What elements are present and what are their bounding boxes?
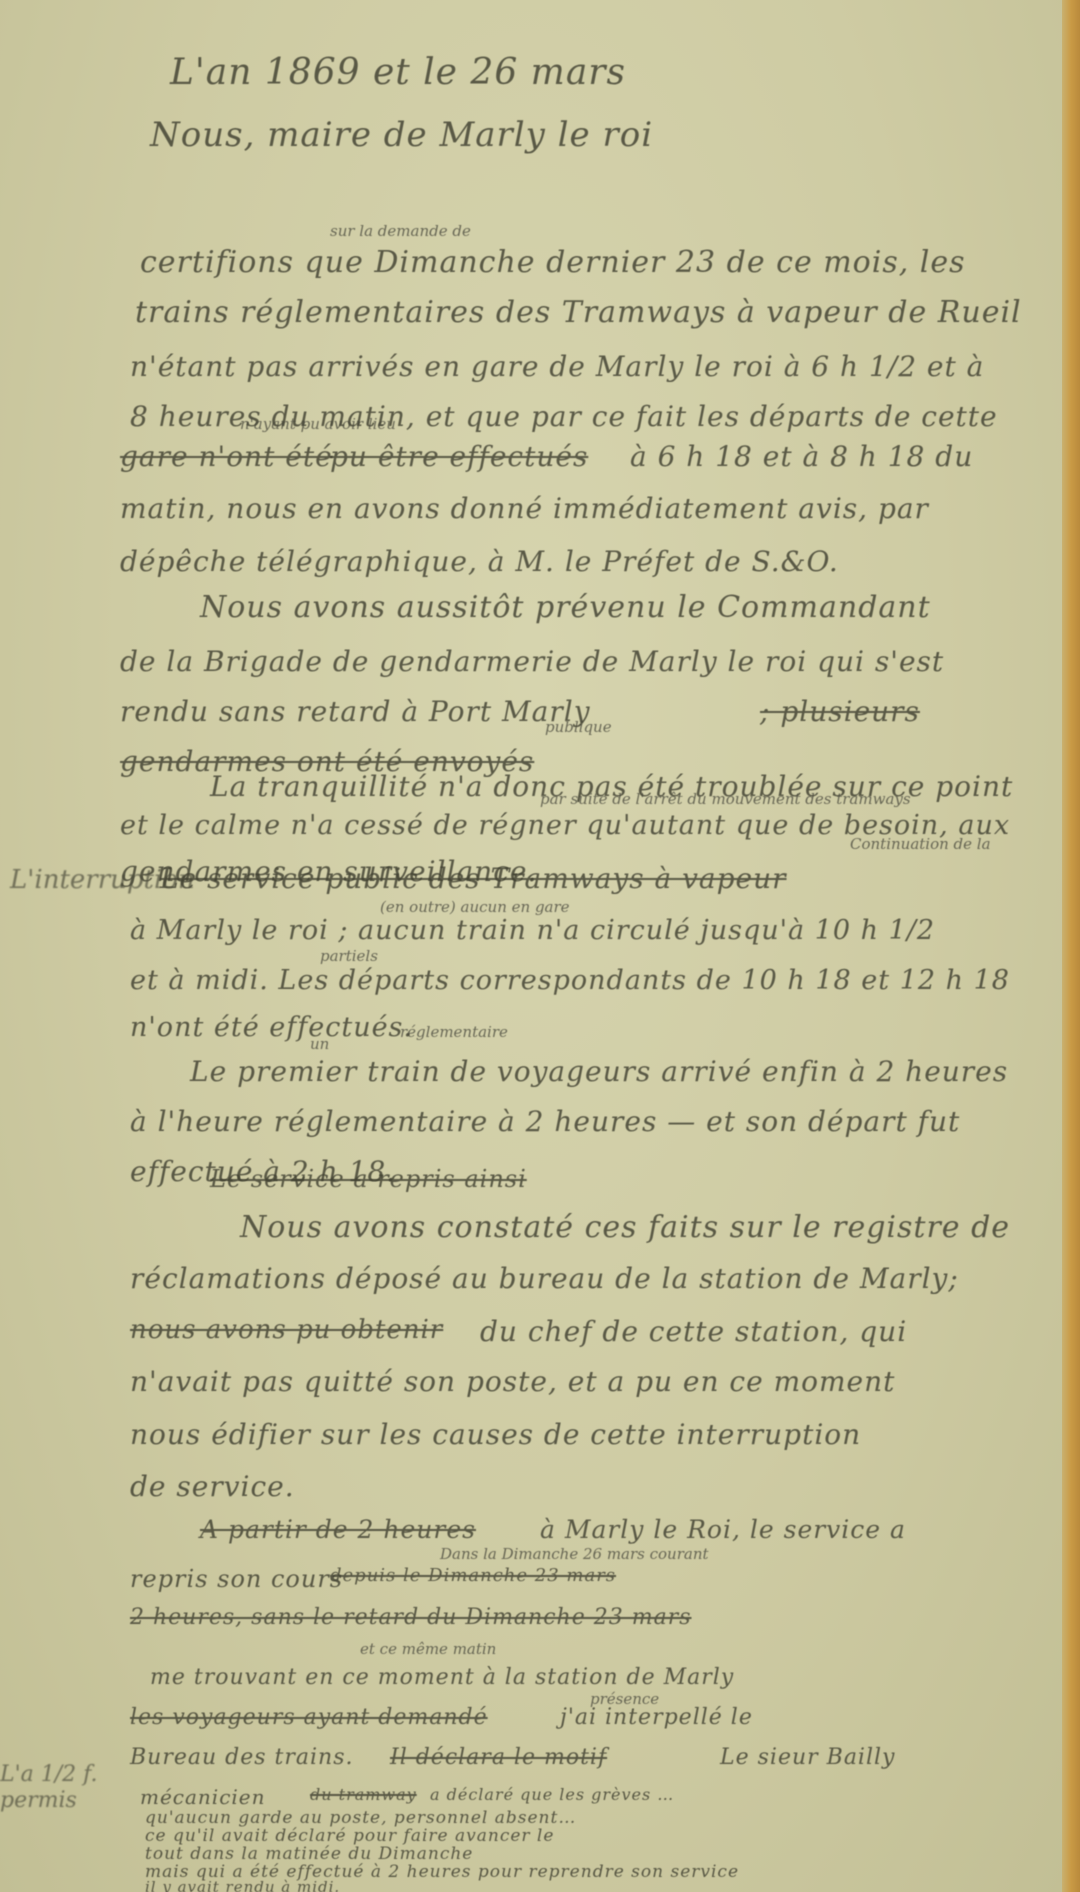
page-edge (1062, 0, 1080, 1892)
text-line: mécanicien (140, 1785, 266, 1809)
text-line: Nous avons aussitôt prévenu le Commandan… (200, 590, 931, 625)
text-line: Nous avons constaté ces faits sur le reg… (240, 1210, 1010, 1245)
text-line: Bureau des trains. (130, 1745, 354, 1770)
text-line: et à midi. Les départs correspondants de… (130, 965, 1010, 996)
text-line: n'ont été effectués. (130, 1012, 413, 1043)
text-line: ce qu'il avait déclaré pour faire avance… (145, 1826, 554, 1846)
insertion: n'ayant pu avoir lieu (240, 415, 396, 433)
text-line: n'avait pas quitté son poste, et a pu en… (130, 1365, 895, 1398)
deleted-text: nous avons pu obtenir (130, 1315, 443, 1345)
margin-note-line1: L'a 1/2 f. (0, 1762, 98, 1787)
insertion: publique (545, 718, 612, 736)
text-line: matin, nous en avons donné immédiatement… (120, 492, 929, 525)
text-line: repris son cours (130, 1565, 343, 1593)
insertion: (en outre) aucun en gare (380, 898, 570, 916)
text-line: certifions que Dimanche dernier 23 de ce… (140, 245, 966, 280)
manuscript-page: L'an 1869 et le 26 mars Nous, maire de M… (0, 0, 1062, 1892)
text-line: qu'aucun garde au poste, personnel absen… (145, 1808, 576, 1828)
insertion: partiels (320, 947, 378, 965)
deleted-text: du tramway (310, 1785, 417, 1804)
text-line: à 6 h 18 et à 8 h 18 du (630, 440, 973, 473)
text-line: à Marly le Roi, le service a (540, 1515, 906, 1544)
margin-note-line2: permis (0, 1788, 77, 1813)
insertion: réglementaire (400, 1023, 508, 1041)
text-line: du chef de cette station, qui (480, 1315, 907, 1348)
text-line: me trouvant en ce moment à la station de… (150, 1665, 734, 1690)
text-line: nous édifier sur les causes de cette int… (130, 1418, 861, 1451)
text-line: a déclaré que les grèves … (430, 1785, 674, 1804)
text-line: à Marly le roi ; aucun train n'a circulé… (130, 915, 935, 946)
deleted-text: gare n'ont été (120, 440, 333, 473)
header-date: L'an 1869 et le 26 mars (170, 52, 626, 93)
deleted-text: Il déclara le motif (390, 1745, 607, 1770)
text-line: à l'heure réglementaire à 2 heures — et … (130, 1105, 960, 1138)
insertion: sur la demande de (330, 222, 471, 240)
text-line: j'ai interpellé le (560, 1705, 753, 1730)
text-line: rendu sans retard à Port Marly (120, 695, 591, 728)
deleted-text: Le service public des Tramways à vapeur (160, 862, 787, 895)
deleted-text: ; plusieurs (760, 695, 920, 728)
deleted-text: A partir de 2 heures (200, 1515, 476, 1544)
deleted-text: 2 heures, sans le retard du Dimanche 23 … (130, 1605, 692, 1630)
text-line: de service. (130, 1470, 295, 1503)
deleted-text: Le service a repris ainsi (210, 1165, 527, 1193)
insertion: et ce même matin (360, 1640, 496, 1658)
insertion: Continuation de la (850, 835, 991, 853)
insertion: un (310, 1035, 329, 1053)
text-line: Le premier train de voyageurs arrivé enf… (190, 1055, 1008, 1088)
text-line: tout dans la matinée du Dimanche (145, 1844, 473, 1864)
text-line: réclamations déposé au bureau de la stat… (130, 1262, 959, 1295)
insertion: par suite de l'arrêt du mouvement des tr… (540, 790, 911, 808)
deleted-text: les voyageurs ayant demandé (130, 1705, 488, 1730)
text-line: n'étant pas arrivés en gare de Marly le … (130, 350, 984, 383)
text-line: dépêche télégraphique, à M. le Préfet de… (120, 545, 839, 578)
text-line: trains réglementaires des Tramways à vap… (135, 295, 1022, 330)
deleted-text: pu être effectués (330, 440, 588, 473)
text-line: il y avait rendu à midi. (145, 1878, 340, 1892)
text-line: de la Brigade de gendarmerie de Marly le… (120, 645, 944, 678)
deleted-text: depuis le Dimanche 23 mars (330, 1565, 616, 1586)
header-author: Nous, maire de Marly le roi (150, 115, 653, 155)
text-line: Le sieur Bailly (720, 1745, 895, 1770)
insertion: Dans la Dimanche 26 mars courant (440, 1545, 709, 1563)
